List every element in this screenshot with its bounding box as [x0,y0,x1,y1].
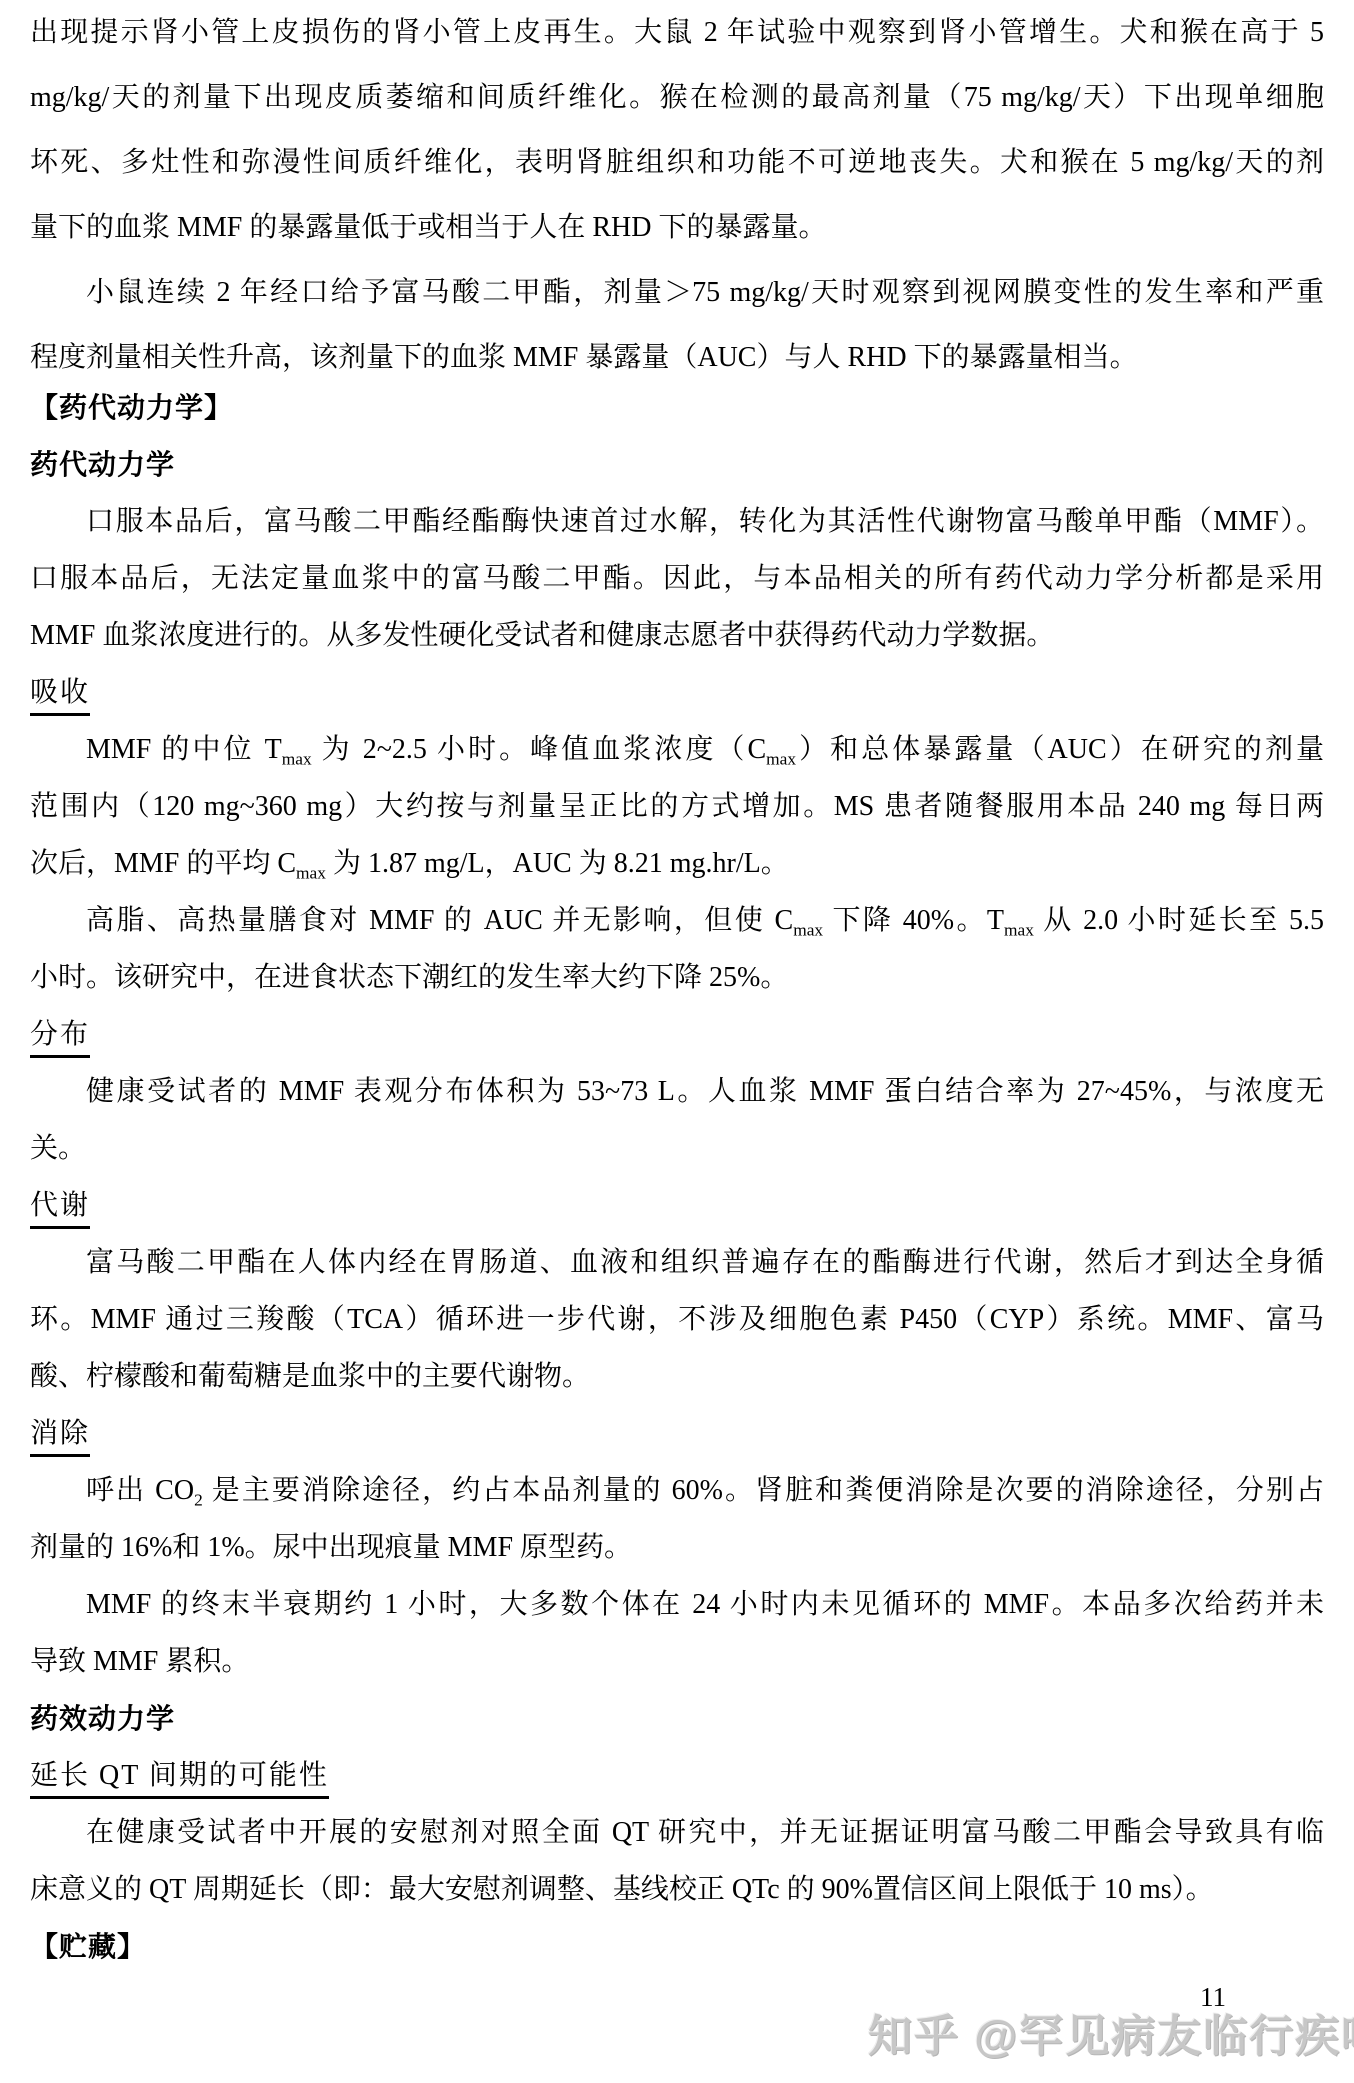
text-segment: 下降 40%。T [823,905,1004,936]
text-segment: 小鼠连续 2 年经口给予富马酸二甲酯，剂量＞75 mg/kg/天时观察到视网膜变… [86,277,1324,308]
heading-line: 药效动力学 [30,1701,1324,1758]
text-segment: mg/kg/天的剂量下出现皮质萎缩和间质纤维化。猴在检测的最高剂量（75 mg/… [30,82,1324,113]
text-line: 范围内（120 mg~360 mg）大约按与剂量呈正比的方式增加。MS 患者随餐… [30,789,1324,846]
text-segment: 高脂、高热量膳食对 MMF 的 AUC 并无影响，但使 C [86,905,793,936]
underlined-heading: 分布 [30,1017,90,1058]
text-segment: 小时。该研究中，在进食状态下潮红的发生率大约下降 25%。 [30,962,788,993]
text-segment: 分布 [30,1019,90,1050]
text-line: MMF 的终末半衰期约 1 小时，大多数个体在 24 小时内未见循环的 MMF。… [30,1587,1324,1644]
text-segment: 延长 QT 间期的可能性 [30,1760,329,1791]
text-line: 呼出 CO2 是主要消除途径，约占本品剂量的 60%。肾脏和粪便消除是次要的消除… [30,1473,1324,1530]
text-segment: 坏死、多灶性和弥漫性间质纤维化，表明肾脏组织和功能不可逆地丧失。犬和猴在 5 m… [30,147,1324,178]
text-segment: 出现提示肾小管上皮损伤的肾小管上皮再生。大鼠 2 年试验中观察到肾小管增生。犬和… [30,17,1324,48]
text-line: 富马酸二甲酯在人体内经在胃肠道、血液和组织普遍存在的酯酶进行代谢，然后才到达全身… [30,1245,1324,1302]
text-segment: 药效动力学 [30,1703,175,1734]
section-heading-line: 代谢 [30,1188,1324,1245]
text-segment: 从 2.0 小时延长至 5.5 [1034,905,1324,936]
text-line: 高脂、高热量膳食对 MMF 的 AUC 并无影响，但使 Cmax 下降 40%。… [30,903,1324,960]
text-line: 在健康受试者中开展的安慰剂对照全面 QT 研究中，并无证据证明富马酸二甲酯会导致… [30,1815,1324,1872]
subscript-text-segment: 2 [194,1491,203,1510]
text-line: 小时。该研究中，在进食状态下潮红的发生率大约下降 25%。 [30,960,1324,1017]
text-segment: 剂量的 16%和 1%。尿中出现痕量 MMF 原型药。 [30,1532,632,1563]
text-segment: MMF 的终末半衰期约 1 小时，大多数个体在 24 小时内未见循环的 MMF。… [86,1589,1324,1620]
text-line: 导致 MMF 累积。 [30,1644,1324,1701]
subscript-text-segment: max [296,864,326,883]
text-line: 口服本品后，富马酸二甲酯经酯酶快速首过水解，转化为其活性代谢物富马酸单甲酯（MM… [30,504,1324,561]
text-segment: 程度剂量相关性升高，该剂量下的血浆 MMF 暴露量（AUC）与人 RHD 下的暴… [30,342,1138,373]
text-segment: 量下的血浆 MMF 的暴露量低于或相当于人在 RHD 下的暴露量。 [30,212,827,243]
text-line: 小鼠连续 2 年经口给予富马酸二甲酯，剂量＞75 mg/kg/天时观察到视网膜变… [30,275,1324,340]
text-line: 口服本品后，无法定量血浆中的富马酸二甲酯。因此，与本品相关的所有药代动力学分析都… [30,561,1324,618]
document-page: 出现提示肾小管上皮损伤的肾小管上皮再生。大鼠 2 年试验中观察到肾小管增生。犬和… [0,0,1354,2083]
document-text-block-main: 【药代动力学】药代动力学口服本品后，富马酸二甲酯经酯酶快速首过水解，转化为其活性… [30,390,1324,1986]
text-line: MMF 血浆浓度进行的。从多发性硬化受试者和健康志愿者中获得药代动力学数据。 [30,618,1324,675]
text-line: 出现提示肾小管上皮损伤的肾小管上皮再生。大鼠 2 年试验中观察到肾小管增生。犬和… [30,15,1324,80]
underlined-heading: 消除 [30,1416,90,1457]
text-segment: 富马酸二甲酯在人体内经在胃肠道、血液和组织普遍存在的酯酶进行代谢，然后才到达全身… [86,1247,1324,1278]
text-segment: 导致 MMF 累积。 [30,1646,249,1677]
text-segment: 呼出 CO [86,1475,194,1506]
text-segment: 是主要消除途径，约占本品剂量的 60%。肾脏和粪便消除是次要的消除途径，分别占 [203,1475,1324,1506]
text-line: MMF 的中位 Tmax 为 2~2.5 小时。峰值血浆浓度（Cmax）和总体暴… [30,732,1324,789]
text-line: mg/kg/天的剂量下出现皮质萎缩和间质纤维化。猴在检测的最高剂量（75 mg/… [30,80,1324,145]
text-line: 坏死、多灶性和弥漫性间质纤维化，表明肾脏组织和功能不可逆地丧失。犬和猴在 5 m… [30,145,1324,210]
heading-line: 药代动力学 [30,447,1324,504]
subscript-text-segment: max [766,750,796,769]
text-segment: MMF 血浆浓度进行的。从多发性硬化受试者和健康志愿者中获得药代动力学数据。 [30,620,1054,651]
text-segment: ）和总体暴露量（AUC）在研究的剂量 [796,734,1324,765]
text-segment: 口服本品后，富马酸二甲酯经酯酶快速首过水解，转化为其活性代谢物富马酸单甲酯（MM… [86,506,1324,537]
text-segment: 【药代动力学】 [30,392,233,423]
text-line: 环。MMF 通过三羧酸（TCA）循环进一步代谢，不涉及细胞色素 P450（CYP… [30,1302,1324,1359]
text-line: 健康受试者的 MMF 表观分布体积为 53~73 L。人血浆 MMF 蛋白结合率… [30,1074,1324,1131]
text-segment: 在健康受试者中开展的安慰剂对照全面 QT 研究中，并无证据证明富马酸二甲酯会导致… [86,1817,1324,1848]
text-segment: 消除 [30,1418,90,1449]
text-line: 床意义的 QT 周期延长（即：最大安慰剂调整、基线校正 QTc 的 90%置信区… [30,1872,1324,1929]
subscript-text-segment: max [1004,921,1034,940]
text-line: 量下的血浆 MMF 的暴露量低于或相当于人在 RHD 下的暴露量。 [30,210,1324,275]
section-heading-line: 分布 [30,1017,1324,1074]
text-segment: 为 2~2.5 小时。峰值血浆浓度（C [312,734,767,765]
text-segment: 范围内（120 mg~360 mg）大约按与剂量呈正比的方式增加。MS 患者随餐… [30,791,1324,822]
text-segment: 床意义的 QT 周期延长（即：最大安慰剂调整、基线校正 QTc 的 90%置信区… [30,1874,1214,1905]
text-line: 剂量的 16%和 1%。尿中出现痕量 MMF 原型药。 [30,1530,1324,1587]
underlined-heading: 延长 QT 间期的可能性 [30,1758,329,1799]
text-segment: MMF 的中位 T [86,734,282,765]
text-line: 酸、柠檬酸和葡萄糖是血浆中的主要代谢物。 [30,1359,1324,1416]
text-segment: 【贮藏】 [30,1931,146,1962]
underlined-heading: 代谢 [30,1188,90,1229]
text-segment: 吸收 [30,677,90,708]
subscript-text-segment: max [282,750,312,769]
text-segment: 口服本品后，无法定量血浆中的富马酸二甲酯。因此，与本品相关的所有药代动力学分析都… [30,563,1324,594]
underlined-heading: 吸收 [30,675,90,716]
text-line: 次后，MMF 的平均 Cmax 为 1.87 mg/L，AUC 为 8.21 m… [30,846,1324,903]
text-segment: 为 1.87 mg/L，AUC 为 8.21 mg.hr/L。 [326,848,789,879]
text-segment: 代谢 [30,1190,90,1221]
heading-line: 【药代动力学】 [30,390,1324,447]
section-heading-line: 吸收 [30,675,1324,732]
section-heading-line: 消除 [30,1416,1324,1473]
text-segment: 次后，MMF 的平均 C [30,848,296,879]
text-segment: 药代动力学 [30,449,175,480]
text-line: 关。 [30,1131,1324,1188]
subscript-text-segment: max [793,921,823,940]
heading-line: 【贮藏】 [30,1929,1324,1986]
section-heading-line: 延长 QT 间期的可能性 [30,1758,1324,1815]
document-text-block-top: 出现提示肾小管上皮损伤的肾小管上皮再生。大鼠 2 年试验中观察到肾小管增生。犬和… [30,15,1324,405]
text-segment: 酸、柠檬酸和葡萄糖是血浆中的主要代谢物。 [30,1361,590,1392]
watermark: 知乎 @罕见病友临行疾呼 [868,2000,1354,2064]
text-segment: 关。 [30,1133,86,1164]
text-segment: 环。MMF 通过三羧酸（TCA）循环进一步代谢，不涉及细胞色素 P450（CYP… [30,1304,1324,1335]
text-segment: 健康受试者的 MMF 表观分布体积为 53~73 L。人血浆 MMF 蛋白结合率… [86,1076,1324,1107]
